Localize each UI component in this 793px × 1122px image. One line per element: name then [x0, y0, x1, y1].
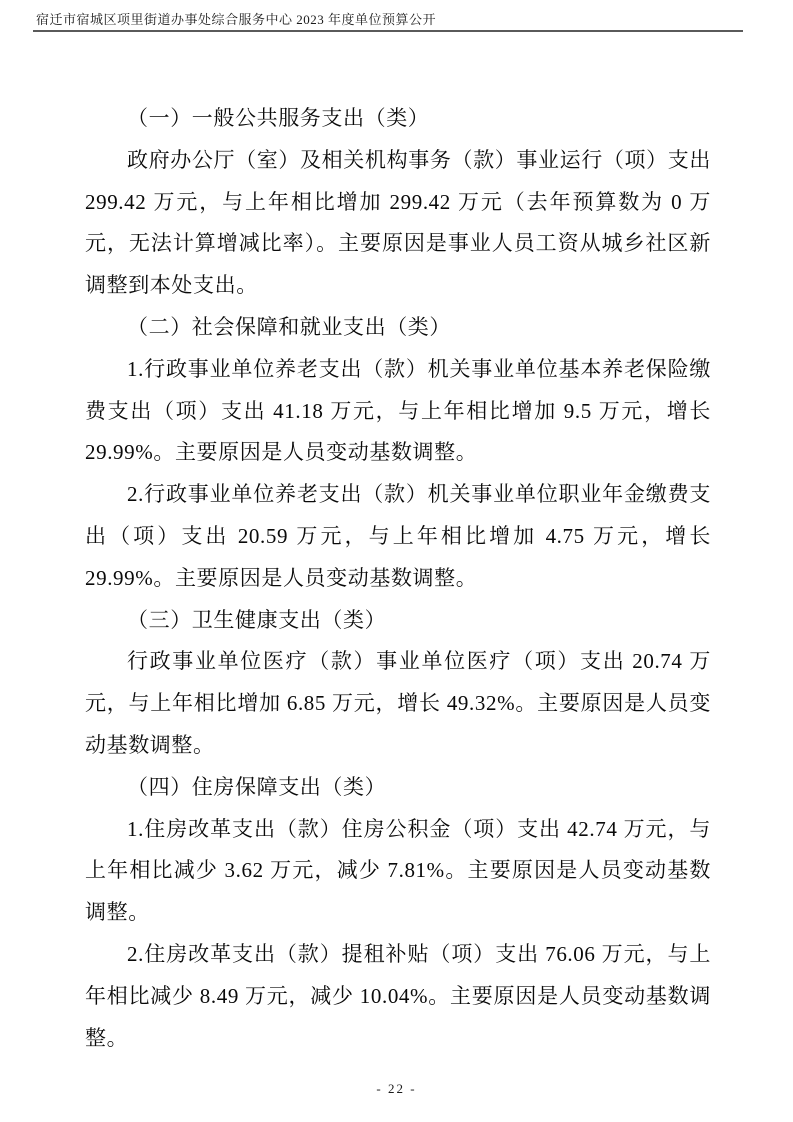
paragraph: 1.行政事业单位养老支出（款）机关事业单位基本养老保险缴费支出（项）支出 41.…	[85, 349, 711, 474]
section-heading: （四）住房保障支出（类）	[85, 767, 711, 809]
section-heading: （一）一般公共服务支出（类）	[85, 98, 711, 140]
document-page: 宿迁市宿城区项里街道办事处综合服务中心 2023 年度单位预算公开 （一）一般公…	[0, 0, 793, 1122]
page-footer: - 22 -	[0, 1080, 793, 1098]
header-rule	[33, 30, 743, 32]
paragraph: 政府办公厅（室）及相关机构事务（款）事业运行（项）支出 299.42 万元，与上…	[85, 140, 711, 307]
paragraph: 行政事业单位医疗（款）事业单位医疗（项）支出 20.74 万元，与上年相比增加 …	[85, 641, 711, 766]
page-header: 宿迁市宿城区项里街道办事处综合服务中心 2023 年度单位预算公开	[33, 11, 743, 32]
paragraph: 2.住房改革支出（款）提租补贴（项）支出 76.06 万元，与上年相比减少 8.…	[85, 934, 711, 1059]
section-heading: （二）社会保障和就业支出（类）	[85, 307, 711, 349]
page-number: - 22 -	[376, 1081, 416, 1096]
paragraph: 2.行政事业单位养老支出（款）机关事业单位职业年金缴费支出（项）支出 20.59…	[85, 474, 711, 599]
paragraph: 1.住房改革支出（款）住房公积金（项）支出 42.74 万元，与上年相比减少 3…	[85, 809, 711, 934]
document-body: （一）一般公共服务支出（类） 政府办公厅（室）及相关机构事务（款）事业运行（项）…	[85, 98, 711, 1059]
section-heading: （三）卫生健康支出（类）	[85, 600, 711, 642]
header-title: 宿迁市宿城区项里街道办事处综合服务中心 2023 年度单位预算公开	[33, 11, 743, 28]
